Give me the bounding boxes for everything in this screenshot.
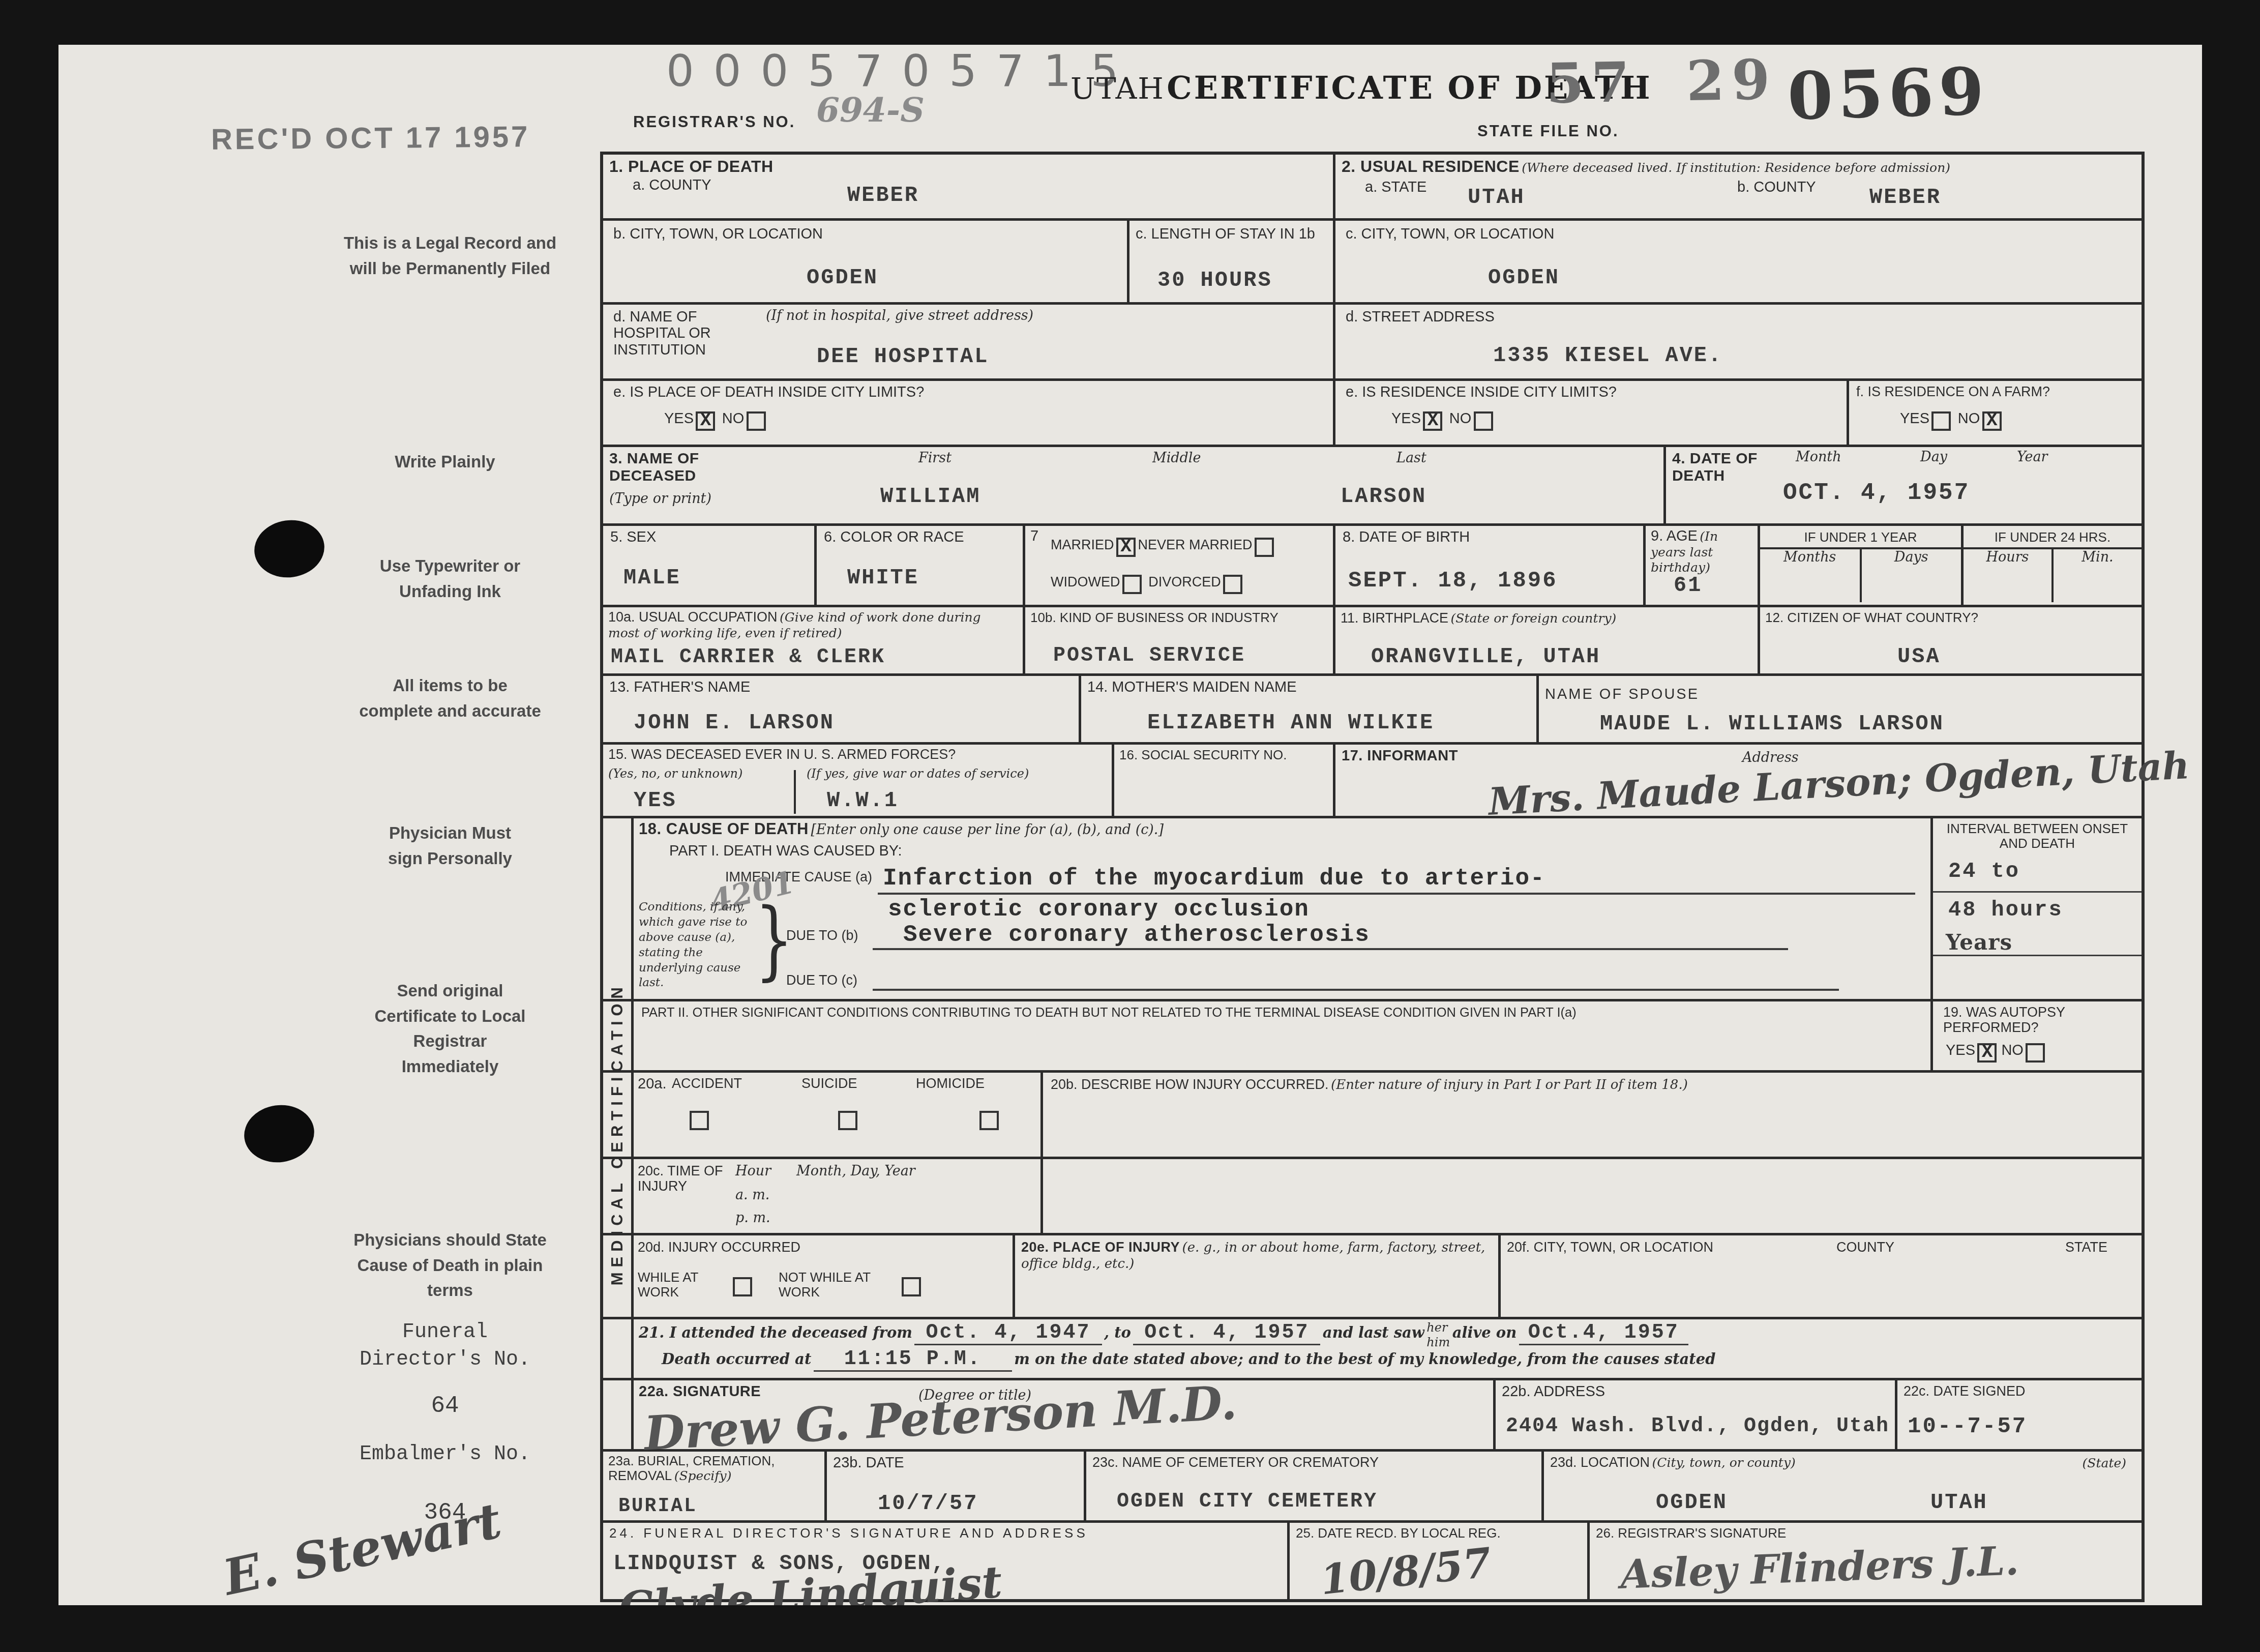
field-funeral-director: 24. FUNERAL DIRECTOR'S SIGNATURE AND ADD…	[603, 1523, 1287, 1599]
age-label: 9. AGE	[1651, 528, 1698, 544]
suicide-label: SUICIDE	[801, 1076, 857, 1091]
row-20a-20b: 20a. ACCIDENT SUICIDE HOMICIDE 20b. DESC…	[603, 1070, 2142, 1157]
field-date-signed: 22c. DATE SIGNED 10--7-57	[1895, 1380, 2142, 1449]
burial-date-value: 10/7/57	[878, 1492, 978, 1515]
dob-value: SEPT. 18, 1896	[1348, 569, 1558, 593]
yes-label: YES	[664, 410, 694, 427]
residence-city-limits-label: e. IS RESIDENCE INSIDE CITY LIMITS?	[1346, 384, 1617, 400]
registrar-no-value: 694-S	[816, 93, 925, 127]
field-if-under-1-year: IF UNDER 1 YEAR Months Days	[1758, 526, 1961, 605]
death-occurred-text: Death occurred at	[662, 1350, 811, 1368]
married-checkbox: X	[1116, 538, 1136, 557]
date-of-death-value: OCT. 4, 1957	[1783, 481, 1970, 505]
never-married-checkbox	[1255, 538, 1274, 557]
hours-sub-col: Hours	[1964, 549, 2051, 602]
field-autopsy: 19. WAS AUTOPSY PERFORMED? YES X NO	[1930, 1001, 2142, 1070]
usual-residence-title: 2. USUAL RESIDENCE	[1342, 157, 1520, 175]
under-1-year-label: IF UNDER 1 YEAR	[1760, 526, 1961, 549]
ssn-label: 16. SOCIAL SECURITY NO.	[1119, 748, 1287, 762]
am-label: a. m.	[735, 1187, 769, 1204]
date-received-label: 25. DATE RECD. BY LOCAL REG.	[1296, 1526, 1501, 1541]
alive-on-text: alive on	[1452, 1324, 1517, 1341]
occupation-label: 10a. USUAL OCCUPATION	[608, 609, 778, 625]
field-residence-farm: f. IS RESIDENCE ON A FARM? YES NO X	[1847, 381, 2142, 445]
medical-certification-band: MEDICAL CERTIFICATION	[603, 818, 634, 1449]
autopsy-no-checkbox	[2026, 1043, 2045, 1063]
row-burial: 23a. BURIAL, CREMATION, REMOVAL (Specify…	[603, 1449, 2142, 1520]
dob-label: 8. DATE OF BIRTH	[1343, 529, 1470, 545]
father-name-value: JOHN E. LARSON	[634, 712, 835, 734]
widowed-checkbox	[1122, 575, 1142, 594]
death-time-value: 11:15 P.M.	[844, 1348, 982, 1371]
interval-rule-1	[1933, 891, 2142, 893]
registrar-no-label: REGISTRAR'S NO.	[633, 113, 795, 131]
field-hospital: d. NAME OF HOSPITAL OR INSTITUTION (If n…	[603, 305, 1333, 378]
field-20a-label: 20a.	[638, 1076, 666, 1092]
margin-note-send-original: Send original Certificate to Local Regis…	[374, 978, 526, 1079]
last-name-value: LARSON	[1341, 485, 1426, 508]
mother-name-label: 14. MOTHER'S MAIDEN NAME	[1087, 679, 1297, 695]
interval-a-value: 24 to	[1948, 860, 2020, 882]
interval-b-value: 48 hours	[1948, 899, 2063, 921]
field-residence-city: c. CITY, TOWN, OR LOCATION OGDEN	[1333, 221, 2142, 302]
father-name-label: 13. FATHER'S NAME	[609, 679, 750, 695]
residence-county-value: WEBER	[1869, 186, 1941, 209]
row-city: b. CITY, TOWN, OR LOCATION OGDEN c. LENG…	[603, 218, 2142, 302]
injury-occurred-label: 20d. INJURY OCCURRED	[638, 1240, 800, 1255]
field-attended-statement: 21. I attended the deceased from Oct. 4,…	[634, 1319, 2142, 1378]
death-city-limits-label: e. IS PLACE OF DEATH INSIDE CITY LIMITS?	[613, 384, 924, 400]
margin-note-plain-terms: Physicians should State Cause of Death i…	[338, 1227, 562, 1303]
field-street-address: d. STREET ADDRESS 1335 KIESEL AVE.	[1333, 305, 2142, 378]
alive-on-date: Oct.4, 1957	[1528, 1321, 1679, 1344]
funeral-director-no-label: Funeral Director's No.	[343, 1319, 547, 1374]
funeral-director-no-value: 64	[343, 1390, 547, 1422]
month-label: Month	[1796, 449, 1841, 466]
while-at-work-checkbox	[733, 1277, 752, 1296]
armed-forces-label: 15. WAS DECEASED EVER IN U. S. ARMED FOR…	[608, 747, 956, 762]
field-burial-location: 23d. LOCATION (City, town, or county) (S…	[1541, 1452, 2142, 1520]
armed-forces-note1: (Yes, no, or unknown)	[608, 766, 791, 782]
cause-a-line1-rule: Infarction of the myocardium due to arte…	[878, 842, 1915, 895]
residence-limits-no-checkbox	[1474, 411, 1493, 431]
day-label: Day	[1920, 449, 1947, 466]
divorced-checkbox	[1223, 575, 1242, 594]
funeral-director-label: 24. FUNERAL DIRECTOR'S SIGNATURE AND ADD…	[609, 1526, 1088, 1541]
date-of-death-label: 4. DATE OF DEATH	[1672, 450, 1764, 484]
cemetery-value: OGDEN CITY CEMETERY	[1117, 1491, 1378, 1513]
injury-city-label: 20f. CITY, TOWN, OR LOCATION	[1507, 1240, 1713, 1255]
field-usual-residence: 2. USUAL RESIDENCE (Where deceased lived…	[1333, 155, 2142, 218]
field-interval: INTERVAL BETWEEN ONSET AND DEATH 24 to 4…	[1930, 818, 2142, 999]
row-20d-20e-20f: 20d. INJURY OCCURRED WHILE AT WORK NOT W…	[603, 1233, 2142, 1317]
attended-mid-text: , to	[1104, 1324, 1131, 1341]
residence-farm-label: f. IS RESIDENCE ON A FARM?	[1856, 384, 2050, 399]
mother-name-value: ELIZABETH ANN WILKIE	[1147, 712, 1434, 734]
no-label: NO	[1958, 410, 1980, 427]
first-name-value: WILLIAM	[880, 485, 980, 508]
accident-checkbox	[690, 1111, 709, 1130]
never-married-label: NEVER MARRIED	[1138, 537, 1252, 552]
spouse-name-value: MAUDE L. WILLIAMS LARSON	[1600, 713, 1944, 735]
marital-number-label: 7	[1030, 528, 1038, 544]
injury-state-label: STATE	[2065, 1240, 2107, 1255]
serial-number-stamp: 0005705715	[666, 46, 1138, 97]
field-name-of-deceased: 3. NAME OF DECEASED (Type or print) Firs…	[603, 447, 1663, 523]
residence-state-label: a. STATE	[1365, 179, 1426, 195]
sex-label: 5. SEX	[610, 529, 656, 545]
business-value: POSTAL SERVICE	[1053, 645, 1245, 667]
business-label: 10b. KIND OF BUSINESS OR INDUSTRY	[1030, 610, 1278, 625]
field-place-of-injury: 20e. PLACE OF INJURY (e. g., in or about…	[1013, 1235, 1498, 1317]
armed-forces-divider	[794, 770, 796, 814]
field-spouse-name: NAME OF SPOUSE MAUDE L. WILLIAMS LARSON	[1536, 676, 2142, 742]
length-of-stay-label: c. LENGTH OF STAY IN 1b	[1136, 226, 1315, 242]
residence-limits-yes-checkbox: X	[1423, 411, 1442, 431]
burial-note: (Specify)	[674, 1468, 732, 1483]
conditions-note: Conditions, if any, which gave rise to a…	[639, 900, 751, 991]
registrar-signature-label: 26. REGISTRAR'S SIGNATURE	[1596, 1526, 1786, 1541]
row-cause-of-death: 18. CAUSE OF DEATH [Enter only one cause…	[603, 816, 2142, 999]
accident-label: ACCIDENT	[672, 1076, 742, 1091]
field-if-under-24-hrs: IF UNDER 24 HRS. Hours Min.	[1961, 526, 2142, 605]
month-day-year-label: Month, Day, Year	[796, 1163, 915, 1180]
field-length-of-stay: c. LENGTH OF STAY IN 1b 30 HOURS	[1127, 221, 1333, 302]
cemetery-label: 23c. NAME OF CEMETERY OR CREMATORY	[1092, 1455, 1379, 1470]
spouse-name-label: NAME OF SPOUSE	[1545, 686, 1699, 702]
burial-city-value: OGDEN	[1656, 1491, 1728, 1514]
physician-address-value: 2404 Wash. Blvd., Ogden, Utah	[1506, 1416, 1889, 1437]
while-at-work-label: WHILE AT WORK	[638, 1270, 724, 1300]
place-of-death-title: 1. PLACE OF DEATH	[609, 158, 774, 176]
physician-address-label: 22b. ADDRESS	[1502, 1383, 1605, 1400]
under-24-hrs-label: IF UNDER 24 HRS.	[1964, 526, 2142, 549]
death-certificate-form: 1. PLACE OF DEATH a. COUNTY WEBER 2. USU…	[600, 152, 2145, 1602]
row-name-dod: 3. NAME OF DECEASED (Type or print) Firs…	[603, 445, 2142, 523]
handwritten-code: 57 29	[1545, 48, 1777, 116]
autopsy-yes-checkbox: X	[1977, 1043, 1997, 1063]
row-attended: 21. I attended the deceased from Oct. 4,…	[603, 1317, 2142, 1378]
row-occupation: 10a. USUAL OCCUPATION (Give kind of work…	[603, 605, 2142, 673]
him-text: him	[1426, 1335, 1450, 1350]
field-physician-signature: 22a. SIGNATURE (Degree or title) Drew G.…	[634, 1380, 1493, 1449]
field-date-received: 25. DATE RECD. BY LOCAL REG. 10/8/57	[1287, 1523, 1587, 1599]
date-signed-value: 10--7-57	[1908, 1415, 2027, 1438]
field-marital-status: 7 MARRIED X NEVER MARRIED WIDOWED DIVORC…	[1023, 526, 1333, 605]
field-informant: 17. INFORMANT Address Mrs. Maude Larson;…	[1333, 745, 2142, 816]
burial-date-label: 23b. DATE	[833, 1455, 904, 1471]
row-forces-ssn-informant: 15. WAS DECEASED EVER IN U. S. ARMED FOR…	[603, 742, 2142, 816]
burial-location-note: (City, town, or county)	[1652, 1455, 1796, 1470]
cause-of-death-note: [Enter only one cause per line for (a), …	[811, 822, 1164, 838]
field-sex: 5. SEX MALE	[603, 526, 814, 605]
part1-label: PART I. DEATH WAS CAUSED BY:	[669, 843, 902, 859]
field-20c-blank	[1040, 1159, 2142, 1233]
field-birthplace: 11. BIRTHPLACE (State or foreign country…	[1333, 607, 1758, 673]
part2-label: PART II. OTHER SIGNIFICANT CONDITIONS CO…	[641, 1006, 1918, 1020]
color-race-value: WHITE	[847, 567, 919, 589]
cause-a-line1: Infarction of the myocardium due to arte…	[883, 866, 1545, 891]
last-saw-text: and last saw	[1323, 1324, 1424, 1341]
attended-from-date: Oct. 4, 1947	[926, 1321, 1090, 1344]
field-color-race: 6. COLOR OR RACE WHITE	[814, 526, 1023, 605]
not-while-at-work-label: NOT WHILE AT WORK	[779, 1270, 875, 1300]
pm-label: p. m.	[735, 1210, 770, 1227]
citizen-label: 12. CITIZEN OF WHAT COUNTRY?	[1765, 610, 1978, 625]
cause-c-rule	[873, 946, 1839, 991]
field-cemetery: 23c. NAME OF CEMETERY OR CREMATORY OGDEN…	[1084, 1452, 1541, 1520]
her-text: her	[1426, 1320, 1450, 1335]
usual-residence-note: (Where deceased lived. If institution: R…	[1522, 160, 1950, 175]
min-sub-col: Min.	[2051, 549, 2142, 602]
name-deceased-label: 3. NAME OF DECEASED	[609, 450, 736, 484]
describe-injury-note: (Enter nature of injury in Part I or Par…	[1331, 1077, 1688, 1093]
birthplace-label: 11. BIRTHPLACE	[1341, 610, 1448, 626]
autopsy-label: 19. WAS AUTOPSY PERFORMED?	[1943, 1005, 2116, 1035]
embalmer-no-label: Embalmer's No.	[323, 1441, 567, 1468]
state-file-no-label: STATE FILE NO.	[1477, 123, 1619, 140]
birthplace-note: (State or foreign country)	[1451, 611, 1617, 626]
interval-label: INTERVAL BETWEEN ONSET AND DEATH	[1946, 821, 2129, 851]
death-limits-no-checkbox	[747, 411, 766, 431]
cause-b-value: Severe coronary atherosclerosis	[903, 923, 1370, 947]
hour-label: Hour	[735, 1163, 771, 1180]
due-to-b-label: DUE TO (b)	[786, 928, 858, 943]
armed-forces-value: YES	[634, 789, 677, 812]
divorced-label: DIVORCED	[1148, 574, 1221, 589]
suicide-checkbox	[838, 1111, 857, 1130]
informant-value: Mrs. Maude Larson; Ogden, Utah	[1488, 747, 2190, 821]
field-father-name: 13. FATHER'S NAME JOHN E. LARSON	[603, 676, 1079, 742]
field-date-of-death: 4. DATE OF DEATH Month Day Year OCT. 4, …	[1663, 447, 2142, 523]
field-part2: PART II. OTHER SIGNIFICANT CONDITIONS CO…	[634, 1001, 1930, 1070]
cause-b-rule: Severe coronary atherosclerosis	[873, 902, 1788, 950]
injury-county-label: COUNTY	[1836, 1240, 1894, 1255]
color-race-label: 6. COLOR OR RACE	[824, 529, 964, 545]
row-signature: 22a. SIGNATURE (Degree or title) Drew G.…	[603, 1378, 2142, 1449]
sex-value: MALE	[623, 567, 681, 589]
homicide-label: HOMICIDE	[916, 1076, 985, 1091]
war-service-value: W.W.1	[827, 789, 899, 812]
farm-no-checkbox: X	[1982, 411, 2002, 431]
death-city-value: OGDEN	[807, 267, 878, 289]
not-while-at-work-checkbox	[902, 1277, 921, 1296]
yes-label: YES	[1946, 1042, 1975, 1058]
field-business-industry: 10b. KIND OF BUSINESS OR INDUSTRY POSTAL…	[1023, 607, 1333, 673]
length-of-stay-value: 30 HOURS	[1157, 269, 1272, 291]
interval-rule-2	[1933, 955, 2142, 956]
widowed-label: WIDOWED	[1051, 574, 1120, 589]
field-date-of-birth: 8. DATE OF BIRTH SEPT. 18, 1896	[1333, 526, 1643, 605]
no-label: NO	[1449, 410, 1472, 427]
citizen-value: USA	[1897, 645, 1941, 668]
county-label: a. COUNTY	[633, 177, 711, 193]
informant-label: 17. INFORMANT	[1342, 748, 1458, 764]
title-utah: UTAH	[1070, 71, 1165, 106]
residence-city-value: OGDEN	[1488, 267, 1560, 289]
row-hospital-street: d. NAME OF HOSPITAL OR INSTITUTION (If n…	[603, 302, 2142, 378]
margin-note-legal-record: This is a Legal Record and will be Perma…	[343, 230, 557, 281]
field-citizen: 12. CITIZEN OF WHAT COUNTRY? USA	[1758, 607, 2142, 673]
state-file-no-stamp: 0569	[1787, 53, 1990, 135]
signature-label: 22a. SIGNATURE	[639, 1383, 761, 1400]
field-cause-of-death: 18. CAUSE OF DEATH [Enter only one cause…	[634, 818, 1930, 999]
occupation-value: MAIL CARRIER & CLERK	[611, 647, 885, 668]
row-part2-autopsy: PART II. OTHER SIGNIFICANT CONDITIONS CO…	[603, 999, 2142, 1070]
margin-note-physician-sign: Physician Must sign Personally	[374, 820, 526, 871]
punch-hole-bottom	[241, 1101, 318, 1167]
married-label: MARRIED	[1051, 537, 1114, 552]
field-describe-injury: 20b. DESCRIBE HOW INJURY OCCURRED. (Ente…	[1040, 1073, 2142, 1157]
last-name-label: Last	[1396, 450, 1426, 467]
attended-pre-text: 21. I attended the deceased from	[639, 1324, 912, 1341]
field-mother-name: 14. MOTHER'S MAIDEN NAME ELIZABETH ANN W…	[1079, 676, 1536, 742]
cause-of-death-label: 18. CAUSE OF DEATH	[639, 820, 809, 838]
row-sex-race-marital: 5. SEX MALE 6. COLOR OR RACE WHITE 7 MAR…	[603, 523, 2142, 605]
field-residence-city-limits: e. IS RESIDENCE INSIDE CITY LIMITS? YES …	[1333, 381, 1847, 445]
type-or-print-note: (Type or print)	[609, 491, 711, 508]
county-value: WEBER	[847, 184, 919, 206]
birthplace-value: ORANGVILLE, UTAH	[1371, 645, 1600, 668]
margin-note-write-plainly: Write Plainly	[313, 449, 577, 475]
place-of-injury-label: 20e. PLACE OF INJURY	[1021, 1240, 1180, 1255]
field-accident-suicide-homicide: 20a. ACCIDENT SUICIDE HOMICIDE	[634, 1073, 1040, 1157]
row-funeral-registrar: 24. FUNERAL DIRECTOR'S SIGNATURE AND ADD…	[603, 1520, 2142, 1599]
field-armed-forces: 15. WAS DECEASED EVER IN U. S. ARMED FOR…	[603, 745, 1112, 816]
field-registrar-signature: 26. REGISTRAR'S SIGNATURE Asley Flinders…	[1587, 1523, 2142, 1599]
death-city-label: b. CITY, TOWN, OR LOCATION	[613, 226, 823, 242]
punch-hole-top	[251, 516, 328, 582]
date-signed-label: 22c. DATE SIGNED	[1904, 1383, 2026, 1399]
armed-forces-note2: (If yes, give war or dates of service)	[807, 766, 1102, 782]
hospital-note: (If not in hospital, give street address…	[766, 308, 1033, 324]
burial-value: BURIAL	[618, 1496, 697, 1517]
field-ssn: 16. SOCIAL SECURITY NO.	[1112, 745, 1333, 816]
registrar-signature-value: Asley Flinders J.L.	[1620, 1541, 2019, 1595]
row-city-limits: e. IS PLACE OF DEATH INSIDE CITY LIMITS?…	[603, 378, 2142, 445]
burial-state-note: (State)	[2083, 1456, 2126, 1471]
due-to-c-label: DUE TO (c)	[786, 972, 857, 988]
field-time-of-injury: 20c. TIME OF INJURY Hour Month, Day, Yea…	[634, 1159, 1040, 1233]
no-label: NO	[722, 410, 745, 427]
hospital-value: DEE HOSPITAL	[817, 345, 989, 368]
burial-state-value: UTAH	[1930, 1491, 1988, 1514]
field-burial-date: 23b. DATE 10/7/57	[824, 1452, 1084, 1520]
middle-name-label: Middle	[1152, 450, 1201, 467]
age-value: 61	[1674, 574, 1702, 597]
residence-county-label: b. COUNTY	[1737, 179, 1816, 195]
margin-note-complete: All items to be complete and accurate	[359, 673, 542, 723]
field-death-city: b. CITY, TOWN, OR LOCATION OGDEN	[603, 221, 1127, 302]
field-age: 9. AGE (In years last birthday) 61	[1643, 526, 1758, 605]
date-received-value: 10/8/57	[1319, 1542, 1493, 1601]
field-burial-type: 23a. BURIAL, CREMATION, REMOVAL (Specify…	[603, 1452, 824, 1520]
yes-label: YES	[1900, 410, 1929, 427]
yes-label: YES	[1391, 410, 1421, 427]
burial-location-label: 23d. LOCATION	[1550, 1455, 1650, 1470]
field-place-of-death-county: 1. PLACE OF DEATH a. COUNTY WEBER	[603, 155, 1333, 218]
months-sub-col: Months	[1760, 549, 1860, 602]
farm-yes-checkbox	[1931, 411, 1951, 431]
street-address-label: d. STREET ADDRESS	[1346, 309, 1495, 325]
field-injury-city: 20f. CITY, TOWN, OR LOCATION COUNTY STAT…	[1498, 1235, 2142, 1317]
residence-state-value: UTAH	[1468, 186, 1525, 209]
year-label: Year	[2017, 449, 2047, 466]
field-occupation: 10a. USUAL OCCUPATION (Give kind of work…	[603, 607, 1023, 673]
certificate-page: REC'D OCT 17 1957 This is a Legal Record…	[58, 45, 2202, 1605]
street-address-value: 1335 KIESEL AVE.	[1493, 344, 1722, 367]
row-parents-spouse: 13. FATHER'S NAME JOHN E. LARSON 14. MOT…	[603, 673, 2142, 742]
row-place-residence: 1. PLACE OF DEATH a. COUNTY WEBER 2. USU…	[603, 155, 2142, 218]
residence-city-label: c. CITY, TOWN, OR LOCATION	[1346, 226, 1554, 242]
describe-injury-label: 20b. DESCRIBE HOW INJURY OCCURRED.	[1051, 1077, 1329, 1092]
margin-note-typewriter: Use Typewriter or Unfading Ink	[359, 553, 542, 604]
row-20c: 20c. TIME OF INJURY Hour Month, Day, Yea…	[603, 1157, 2142, 1233]
field-death-city-limits: e. IS PLACE OF DEATH INSIDE CITY LIMITS?…	[603, 381, 1333, 445]
field-injury-occurred: 20d. INJURY OCCURRED WHILE AT WORK NOT W…	[634, 1235, 1013, 1317]
received-date-stamp: REC'D OCT 17 1957	[211, 120, 530, 156]
field-physician-address: 22b. ADDRESS 2404 Wash. Blvd., Ogden, Ut…	[1493, 1380, 1895, 1449]
time-of-injury-label: 20c. TIME OF INJURY	[638, 1163, 724, 1194]
interval-c-value: Years	[1946, 931, 2012, 954]
first-name-label: First	[918, 450, 951, 467]
death-limits-yes-checkbox: X	[696, 411, 715, 431]
hospital-label: d. NAME OF HOSPITAL OR INSTITUTION	[613, 309, 756, 358]
death-post-text: m on the date stated above; and to the b…	[1014, 1350, 1715, 1368]
days-sub-col: Days	[1860, 549, 1961, 602]
attended-to-date: Oct. 4, 1957	[1144, 1321, 1309, 1344]
no-label: NO	[2001, 1042, 2024, 1058]
homicide-checkbox	[979, 1111, 999, 1130]
